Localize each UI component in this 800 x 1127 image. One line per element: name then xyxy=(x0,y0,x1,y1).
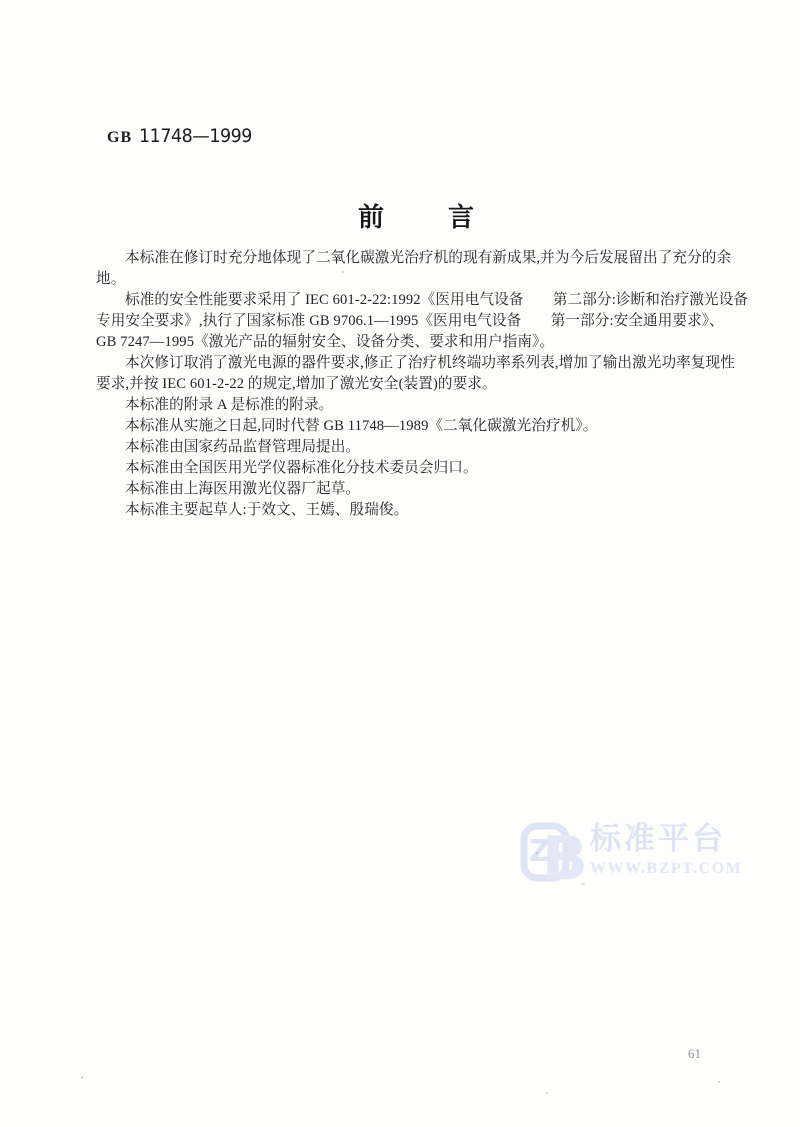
scan-speck xyxy=(718,1081,720,1083)
page-title: 前言 xyxy=(0,201,800,235)
watermark-brand: 标准平台 xyxy=(590,823,742,854)
scanned-document-page: GB 11748—1999 前言 本标准在修订时充分地体现了二氧化碳激光治疗机的… xyxy=(0,0,800,1127)
body-line: 地。 xyxy=(96,269,746,290)
body-line: 本次修订取消了激光电源的器件要求,修正了治疗机终端功率系列表,增加了输出激光功率… xyxy=(96,353,746,374)
watermark-text: 标准平台 WWW.BZPT.COM xyxy=(590,819,742,877)
svg-text:B: B xyxy=(542,824,584,885)
body-line: 本标准主要起草人:于效文、王嫣、殷瑞俊。 xyxy=(96,500,746,521)
svg-text:Z: Z xyxy=(529,834,551,869)
standard-code-number: 11748—1999 xyxy=(139,125,252,147)
scan-speck xyxy=(545,1092,548,1094)
standard-code: GB 11748—1999 xyxy=(107,125,262,147)
body-line: 本标准由国家药品监督管理局提出。 xyxy=(96,437,746,458)
scan-speck xyxy=(81,1076,83,1079)
body-line: 本标准由上海医用激光仪器厂起草。 xyxy=(96,479,746,500)
scan-speck xyxy=(536,852,538,854)
scan-speck xyxy=(342,271,344,273)
watermark: Z B 标准平台 WWW.BZPT.COM xyxy=(520,819,742,885)
body-line: GB 7247—1995《激光产品的辐射安全、设备分类、要求和用户指南》。 xyxy=(96,332,746,353)
body-line: 本标准的附录 A 是标准的附录。 xyxy=(96,395,746,416)
watermark-url: WWW.BZPT.COM xyxy=(590,861,742,877)
body-line: 专用安全要求》,执行了国家标准 GB 9706.1—1995《医用电气设备 第一… xyxy=(96,311,746,332)
title-char-1: 前 xyxy=(358,203,384,232)
foreword-body: 本标准在修订时充分地体现了二氧化碳激光治疗机的现有新成果,并为今后发展留出了充分… xyxy=(96,248,746,521)
body-line: 本标准由全国医用光学仪器标准化分技术委员会归口。 xyxy=(96,458,746,479)
body-line: 本标准从实施之日起,同时代替 GB 11748—1989《二氧化碳激光治疗机》。 xyxy=(96,416,746,437)
title-char-2: 言 xyxy=(448,203,474,232)
body-line: 标准的安全性能要求采用了 IEC 601-2-22:1992《医用电气设备 第二… xyxy=(96,290,746,311)
scan-speck xyxy=(581,883,585,885)
bzpt-logo-icon: Z B xyxy=(520,819,584,885)
page-number: 61 xyxy=(688,1046,701,1062)
body-line: 要求,并按 IEC 601-2-22 的规定,增加了激光安全(装置)的要求。 xyxy=(96,374,746,395)
standard-code-prefix: GB xyxy=(107,129,132,147)
body-line: 本标准在修订时充分地体现了二氧化碳激光治疗机的现有新成果,并为今后发展留出了充分… xyxy=(96,248,746,269)
